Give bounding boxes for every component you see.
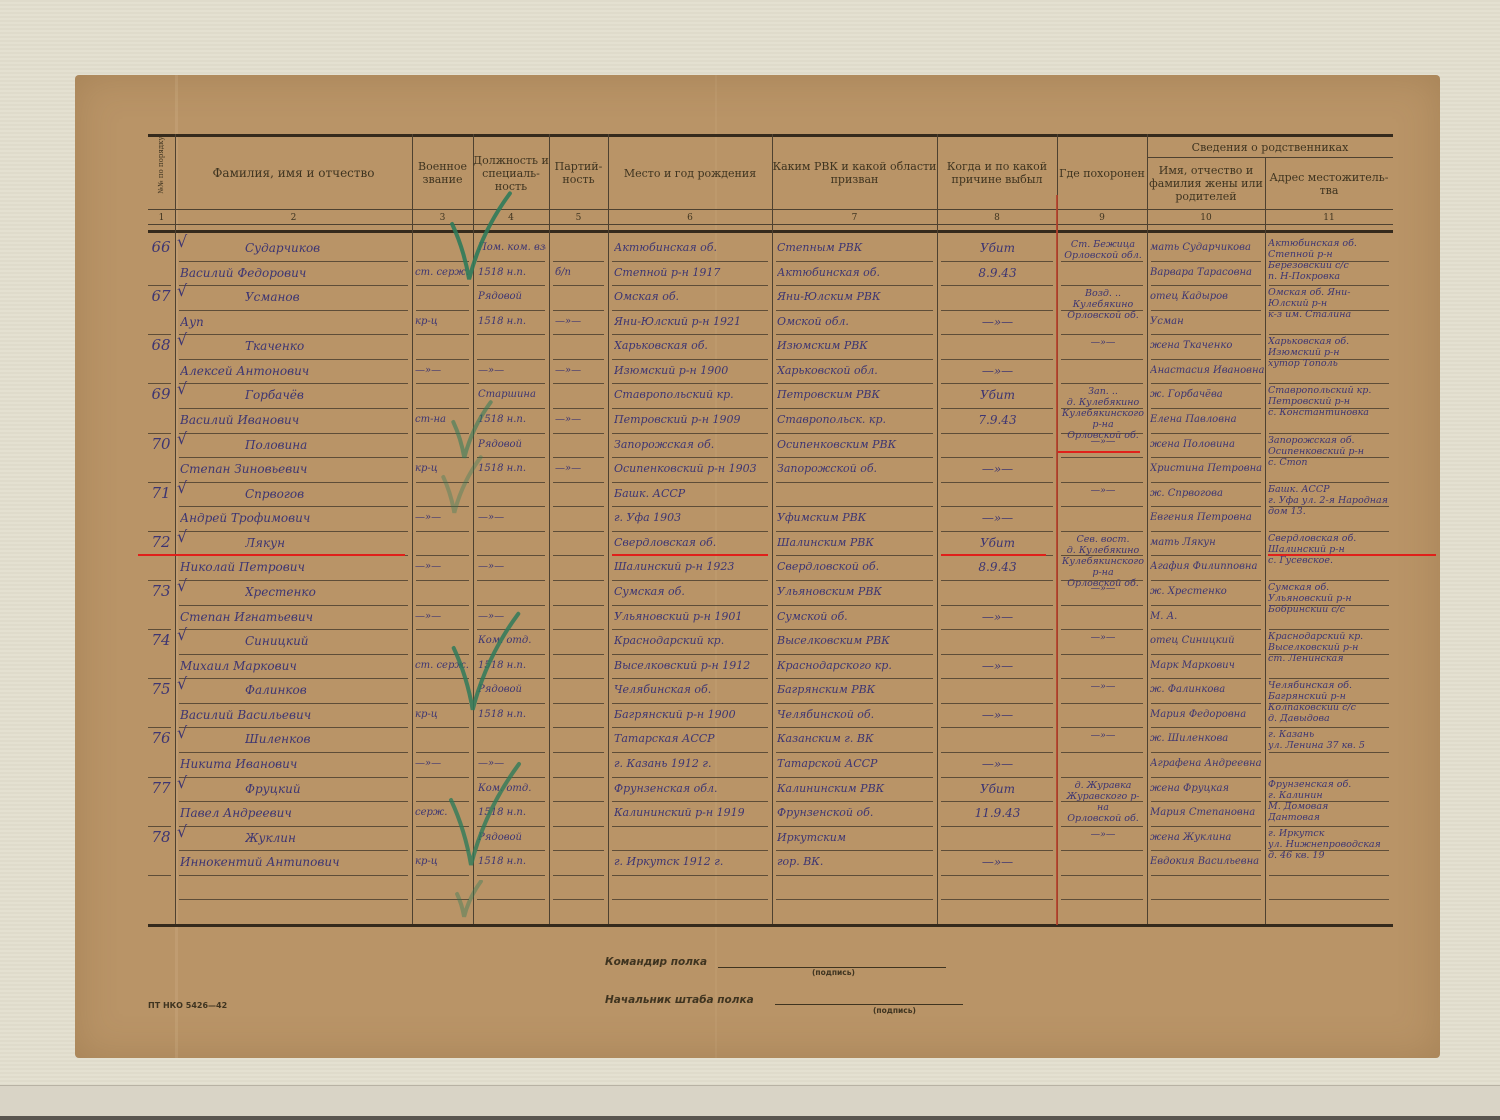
red-underline-mark bbox=[138, 554, 405, 556]
address-line: Краснодарский кр. bbox=[1268, 631, 1392, 642]
departure-reason-date: —»— bbox=[940, 852, 1055, 872]
record-number: 66 bbox=[148, 238, 174, 256]
relative-name: отец Синицкий bbox=[1150, 631, 1264, 651]
relative-address: Башк. АССРг. Уфа ул. 2-я Народная дом 13… bbox=[1268, 484, 1392, 517]
burial-place-line: —»— bbox=[1061, 632, 1145, 643]
burial-place-line: Орловской обл. bbox=[1061, 250, 1145, 261]
burial-place-line: —»— bbox=[1061, 681, 1145, 692]
burial-place-line: д. Журавка bbox=[1061, 780, 1145, 791]
column-number-11: 11 bbox=[1265, 212, 1393, 224]
given-name-patronymic: Николай Петрович bbox=[180, 557, 408, 577]
birthplace-year: Сумская об. bbox=[614, 582, 770, 602]
birthplace-year: Омская об. bbox=[614, 287, 770, 307]
departure-reason-date: —»— bbox=[940, 607, 1055, 627]
relative-address: Омская об. Яни-Юлский р-нк-з им. Сталина bbox=[1268, 287, 1392, 320]
address-line: Степной р-н bbox=[1268, 249, 1392, 260]
relative-name: ж. Фалинкова bbox=[1150, 680, 1264, 700]
relative-name: жена Фруцкая bbox=[1150, 779, 1264, 799]
draft-office: Шалинским РВК bbox=[777, 533, 935, 553]
relative-name: Агафия Филипповна bbox=[1150, 557, 1264, 577]
departure-reason-date: Убит bbox=[940, 533, 1055, 553]
record-number: 68 bbox=[148, 336, 174, 354]
green-check-icon bbox=[455, 880, 483, 919]
record-number: 67 bbox=[148, 287, 174, 305]
pencil-check-icon: √ bbox=[177, 379, 187, 398]
surname: Половина bbox=[245, 435, 405, 455]
draft-office: Яни-Юлским РВК bbox=[777, 287, 935, 307]
birthplace-year: Шалинский р-н 1923 bbox=[614, 557, 770, 577]
pencil-check-icon: √ bbox=[177, 723, 187, 742]
column-header-7: Каким РВК и какой области призван bbox=[772, 137, 937, 209]
relative-name: Христина Петровна bbox=[1150, 459, 1264, 479]
column-number-5: 5 bbox=[549, 212, 608, 224]
draft-office: Осипенковским РВК bbox=[777, 435, 935, 455]
burial-place-line: Орловской об. bbox=[1061, 310, 1145, 321]
relative-name: Аграфена Андреевна bbox=[1150, 754, 1264, 774]
birthplace-year: Калининский р-н 1919 bbox=[614, 803, 770, 823]
relative-address: Запорожская об.Осипенковский р-нс. Стоп bbox=[1268, 435, 1392, 468]
pencil-check-icon: √ bbox=[177, 674, 187, 693]
surname: Сударчиков bbox=[245, 238, 405, 258]
draft-office: Ставропольск. кр. bbox=[777, 410, 935, 430]
address-line: ст. Ленинская bbox=[1268, 653, 1392, 664]
burial-place-line: —»— bbox=[1061, 337, 1145, 348]
address-line: г. Калинин bbox=[1268, 790, 1392, 801]
relative-name: Марк Маркович bbox=[1150, 656, 1264, 676]
record-number: 71 bbox=[148, 484, 174, 502]
relative-name: жена Ткаченко bbox=[1150, 336, 1264, 356]
relative-name: Евдокия Васильевна bbox=[1150, 852, 1264, 872]
address-line: хутор Тополь bbox=[1268, 358, 1392, 369]
draft-office: гор. ВК. bbox=[777, 852, 935, 872]
burial-place-line: Сев. вост. bbox=[1061, 534, 1145, 545]
green-check-icon bbox=[450, 400, 494, 461]
draft-office: Выселковским РВК bbox=[777, 631, 935, 651]
column-header-5: Партий-ность bbox=[549, 137, 608, 209]
print-code: ПТ НКО 5426—42 bbox=[148, 1001, 227, 1010]
burial-place-line: —»— bbox=[1061, 583, 1145, 594]
relative-address: Фрунзенская об.г. КалининМ. ДомоваяДанто… bbox=[1268, 779, 1392, 823]
departure-reason-date: —»— bbox=[940, 656, 1055, 676]
birthplace-year: Петровский р-н 1909 bbox=[614, 410, 770, 430]
given-name-patronymic: Степан Зиновьевич bbox=[180, 459, 408, 479]
burial-place: —»— bbox=[1061, 829, 1145, 840]
draft-office: Ульяновским РВК bbox=[777, 582, 935, 602]
birthplace-year: Харьковская об. bbox=[614, 336, 770, 356]
party-membership: —»— bbox=[555, 410, 605, 430]
surname: Синицкий bbox=[245, 631, 405, 651]
address-line: Свердловская об. bbox=[1268, 533, 1392, 544]
green-check-icon bbox=[445, 760, 525, 870]
departure-reason-date: Убит bbox=[940, 238, 1055, 258]
green-check-icon bbox=[440, 455, 484, 516]
relative-name: жена Половина bbox=[1150, 435, 1264, 455]
column-number-6: 6 bbox=[608, 212, 772, 224]
draft-office: Свердловской об. bbox=[777, 557, 935, 577]
column-header-2: Фамилия, имя и отчество bbox=[175, 137, 412, 209]
address-line: Осипенковский р-н bbox=[1268, 446, 1392, 457]
address-line: п. Н-Покровка bbox=[1268, 271, 1392, 282]
burial-place-line: Орловской об. bbox=[1061, 813, 1145, 824]
relatives-group-header: Сведения о родственниках bbox=[1147, 137, 1393, 157]
address-line: Фрунзенская об. bbox=[1268, 779, 1392, 790]
relative-name: Евгения Петровна bbox=[1150, 508, 1264, 528]
birthplace-year: Запорожская об. bbox=[614, 435, 770, 455]
address-line: г. Казань bbox=[1268, 729, 1392, 740]
record-number: 76 bbox=[148, 729, 174, 747]
burial-place-line: —»— bbox=[1061, 730, 1145, 741]
pencil-check-icon: √ bbox=[177, 822, 187, 841]
address-line: Ульяновский р-н bbox=[1268, 593, 1392, 604]
relative-name: Елена Павловна bbox=[1150, 410, 1264, 430]
draft-office: Иркутским bbox=[777, 828, 935, 848]
relative-address: Ставропольский кр.Петровский р-нс. Конст… bbox=[1268, 385, 1392, 418]
address-line: М. Домовая bbox=[1268, 801, 1392, 812]
surname: Фалинков bbox=[245, 680, 405, 700]
departure-reason-date: 8.9.43 bbox=[940, 263, 1055, 283]
address-line: Актюбинская об. bbox=[1268, 238, 1392, 249]
given-name-patronymic: Павел Андреевич bbox=[180, 803, 408, 823]
relative-name: Мария Степановна bbox=[1150, 803, 1264, 823]
relative-name: ж. Хрестенко bbox=[1150, 582, 1264, 602]
green-check-icon bbox=[448, 610, 524, 715]
draft-office: Краснодарского кр. bbox=[777, 656, 935, 676]
departure-reason-date: Убит bbox=[940, 779, 1055, 799]
draft-office: Харьковской обл. bbox=[777, 361, 935, 381]
pencil-check-icon: √ bbox=[177, 576, 187, 595]
birthplace-year: Ульяновский р-н 1901 bbox=[614, 607, 770, 627]
burial-place: д. ЖуравкаЖуравского р-наОрловской об. bbox=[1061, 780, 1145, 824]
party-membership: —»— bbox=[555, 312, 605, 332]
birthplace-year: Багрянский р-н 1900 bbox=[614, 705, 770, 725]
record-number: 72 bbox=[148, 533, 174, 551]
burial-place-line: Журавского р-на bbox=[1061, 791, 1145, 813]
departure-reason-date: 7.9.43 bbox=[940, 410, 1055, 430]
commander-signature-caption: (подпись) bbox=[812, 968, 855, 977]
relative-address: Сумская об.Ульяновский р-нБобринский с/с bbox=[1268, 582, 1392, 615]
military-rank: —»— bbox=[415, 361, 471, 381]
surname: Горбачёв bbox=[245, 385, 405, 405]
departure-reason-date: 11.9.43 bbox=[940, 803, 1055, 823]
given-name-patronymic: Василий Иванович bbox=[180, 410, 408, 430]
birthplace-year: Краснодарский кр. bbox=[614, 631, 770, 651]
military-rank: кр-ц bbox=[415, 312, 471, 332]
relative-address: Харьковская об.Изюмский р-нхутор Тополь bbox=[1268, 336, 1392, 369]
given-name-patronymic: Ауп bbox=[180, 312, 408, 332]
chief-of-staff-label: Начальник штаба полка bbox=[605, 994, 754, 1006]
position: Рядовой bbox=[478, 287, 546, 307]
column-number-2: 2 bbox=[175, 212, 412, 224]
birthplace-year: г. Казань 1912 г. bbox=[614, 754, 770, 774]
birthplace-year: Актюбинская об. bbox=[614, 238, 770, 258]
red-underline-mark bbox=[941, 554, 1046, 556]
pencil-check-icon: √ bbox=[177, 281, 187, 300]
column-header-6: Место и год рождения bbox=[608, 137, 772, 209]
burial-place: Возд. ..КулебякиноОрловской об. bbox=[1061, 288, 1145, 321]
draft-office: Степным РВК bbox=[777, 238, 935, 258]
draft-office: Актюбинская об. bbox=[777, 263, 935, 283]
burial-place-line: —»— bbox=[1061, 829, 1145, 840]
address-line: Багрянский р-н bbox=[1268, 691, 1392, 702]
address-line: д. Давыдова bbox=[1268, 713, 1392, 724]
relative-address: г. Казаньул. Ленина 37 кв. 5 bbox=[1268, 729, 1392, 751]
pencil-check-icon: √ bbox=[177, 527, 187, 546]
table-bottom-rule bbox=[148, 924, 1393, 927]
burial-place: —»— bbox=[1061, 337, 1145, 348]
burial-place: —»— bbox=[1061, 681, 1145, 692]
burial-place: —»— bbox=[1061, 436, 1145, 447]
surname: Хрестенко bbox=[245, 582, 405, 602]
address-line: Запорожская об. bbox=[1268, 435, 1392, 446]
relative-name: Усман bbox=[1150, 312, 1264, 332]
burial-place-line: Кулебякино bbox=[1061, 299, 1145, 310]
departure-reason-date: Убит bbox=[940, 385, 1055, 405]
green-check-icon bbox=[447, 190, 515, 284]
position: 1518 н.п. bbox=[478, 459, 546, 479]
surname: Жуклин bbox=[245, 828, 405, 848]
burial-place: —»— bbox=[1061, 583, 1145, 594]
burial-place: —»— bbox=[1061, 632, 1145, 643]
column-header-10: Имя, отчество и фамилия жены или родител… bbox=[1147, 158, 1265, 209]
birthplace-year: Степной р-н 1917 bbox=[614, 263, 770, 283]
burial-place: Сев. вост.д. КулебякиноКулебякинского р-… bbox=[1061, 534, 1145, 589]
record-number: 73 bbox=[148, 582, 174, 600]
address-line: Юлский р-н bbox=[1268, 298, 1392, 309]
draft-office: Татарской АССР bbox=[777, 754, 935, 774]
military-rank: —»— bbox=[415, 557, 471, 577]
address-line: Колпаковский с/с bbox=[1268, 702, 1392, 713]
pencil-check-icon: √ bbox=[177, 330, 187, 349]
record-number: 78 bbox=[148, 828, 174, 846]
birthplace-year: Ставропольский кр. bbox=[614, 385, 770, 405]
given-name-patronymic: Иннокентий Антипович bbox=[180, 852, 408, 872]
surname: Шиленков bbox=[245, 729, 405, 749]
address-line: Петровский р-н bbox=[1268, 396, 1392, 407]
relative-name: мать Лякун bbox=[1150, 533, 1264, 553]
chief-of-staff-signature-caption: (подпись) bbox=[873, 1006, 916, 1015]
departure-reason-date: —»— bbox=[940, 459, 1055, 479]
position: 1518 н.п. bbox=[478, 312, 546, 332]
relative-name: Варвара Тарасовна bbox=[1150, 263, 1264, 283]
party-membership: б/п bbox=[555, 263, 605, 283]
relative-name: Анастасия Ивановна bbox=[1150, 361, 1264, 381]
given-name-patronymic: Степан Игнатьевич bbox=[180, 607, 408, 627]
departure-reason-date: —»— bbox=[940, 754, 1055, 774]
relative-address: Свердловская об.Шалинский р-нс. Гусевско… bbox=[1268, 533, 1392, 566]
burial-place: —»— bbox=[1061, 485, 1145, 496]
record-number: 77 bbox=[148, 779, 174, 797]
address-line: г. Уфа ул. 2-я Народная дом 13. bbox=[1268, 495, 1392, 517]
birthplace-year: г. Иркутск 1912 г. bbox=[614, 852, 770, 872]
relative-name: мать Сударчикова bbox=[1150, 238, 1264, 258]
address-line: с. Стоп bbox=[1268, 457, 1392, 468]
address-line: с. Константиновка bbox=[1268, 407, 1392, 418]
address-line: Сумская об. bbox=[1268, 582, 1392, 593]
burial-place-line: д. Кулебякино bbox=[1061, 545, 1145, 556]
column-header-1: №№ по порядку bbox=[146, 130, 176, 200]
header-bottom-rule bbox=[148, 230, 1393, 233]
column-header-9: Где похоронен bbox=[1057, 137, 1147, 209]
birthplace-year: Свердловская об. bbox=[614, 533, 770, 553]
record-number: 74 bbox=[148, 631, 174, 649]
red-underline-mark bbox=[1058, 451, 1140, 453]
burial-place-line: —»— bbox=[1061, 485, 1145, 496]
column-number-10: 10 bbox=[1147, 212, 1265, 224]
party-membership: —»— bbox=[555, 361, 605, 381]
pencil-check-icon: √ bbox=[177, 478, 187, 497]
address-line: Березовский с/с bbox=[1268, 260, 1392, 271]
pencil-check-icon: √ bbox=[177, 232, 187, 251]
address-line: с. Гусевское. bbox=[1268, 555, 1392, 566]
address-line: Изюмский р-н bbox=[1268, 347, 1392, 358]
column-number-8: 8 bbox=[937, 212, 1057, 224]
given-name-patronymic: Андрей Трофимович bbox=[180, 508, 408, 528]
burial-place-line: Возд. .. bbox=[1061, 288, 1145, 299]
relative-address: Актюбинская об.Степной р-нБерезовский с/… bbox=[1268, 238, 1392, 282]
column-number-9: 9 bbox=[1057, 212, 1147, 224]
red-underline-mark bbox=[1268, 554, 1436, 556]
draft-office: Фрунзенской об. bbox=[777, 803, 935, 823]
column-header-11: Адрес местожитель-тва bbox=[1265, 158, 1393, 209]
birthplace-year: Изюмский р-н 1900 bbox=[614, 361, 770, 381]
address-line: д. 46 кв. 19 bbox=[1268, 850, 1392, 861]
draft-office: Багрянским РВК bbox=[777, 680, 935, 700]
draft-office: Сумской об. bbox=[777, 607, 935, 627]
address-line: ул. Ленина 37 кв. 5 bbox=[1268, 740, 1392, 751]
record-number: 69 bbox=[148, 385, 174, 403]
chief-of-staff-signature-line bbox=[775, 1004, 963, 1005]
draft-office: Запорожской об. bbox=[777, 459, 935, 479]
relative-name: отец Кадыров bbox=[1150, 287, 1264, 307]
draft-office: Калининским РВК bbox=[777, 779, 935, 799]
given-name-patronymic: Василий Васильевич bbox=[180, 705, 408, 725]
surname: Спрвогов bbox=[245, 484, 405, 504]
draft-office: Уфимским РВК bbox=[777, 508, 935, 528]
surname: Лякун bbox=[245, 533, 405, 553]
birthplace-year: Челябинская об. bbox=[614, 680, 770, 700]
record-number: 70 bbox=[148, 435, 174, 453]
address-line: Башк. АССР bbox=[1268, 484, 1392, 495]
birthplace-year: г. Уфа 1903 bbox=[614, 508, 770, 528]
relative-name: ж. Горбачёва bbox=[1150, 385, 1264, 405]
column-number-7: 7 bbox=[772, 212, 937, 224]
draft-office: Челябинской об. bbox=[777, 705, 935, 725]
burial-place-line: Кулебякинского р-на bbox=[1061, 408, 1145, 430]
mount-bottom-edge bbox=[0, 1085, 1500, 1120]
departure-reason-date: —»— bbox=[940, 705, 1055, 725]
relative-name: жена Жуклина bbox=[1150, 828, 1264, 848]
burial-place-line: д. Кулебякино bbox=[1061, 397, 1145, 408]
record-number: 75 bbox=[148, 680, 174, 698]
surname: Усманов bbox=[245, 287, 405, 307]
birthplace-year: Выселковский р-н 1912 bbox=[614, 656, 770, 676]
birthplace-year: Яни-Юлский р-н 1921 bbox=[614, 312, 770, 332]
relative-address: Краснодарский кр.Выселковский р-нст. Лен… bbox=[1268, 631, 1392, 664]
address-line: г. Иркутск bbox=[1268, 828, 1392, 839]
relative-name: ж. Шиленкова bbox=[1150, 729, 1264, 749]
surname: Фруцкий bbox=[245, 779, 405, 799]
position: —»— bbox=[478, 508, 546, 528]
address-line: Дантовая bbox=[1268, 812, 1392, 823]
birthplace-year: Фрунзенская обл. bbox=[614, 779, 770, 799]
given-name-patronymic: Никита Иванович bbox=[180, 754, 408, 774]
burial-place: Ст. БежицаОрловской обл. bbox=[1061, 239, 1145, 261]
given-name-patronymic: Михаил Маркович bbox=[180, 656, 408, 676]
commander-label: Командир полка bbox=[605, 956, 707, 968]
given-name-patronymic: Василий Федорович bbox=[180, 263, 408, 283]
departure-reason-date: 8.9.43 bbox=[940, 557, 1055, 577]
address-line: Омская об. Яни- bbox=[1268, 287, 1392, 298]
birthplace-year: Татарская АССР bbox=[614, 729, 770, 749]
address-line: Бобринский с/с bbox=[1268, 604, 1392, 615]
burial-place-line: Кулебякинского р-на bbox=[1061, 556, 1145, 578]
address-line: к-з им. Сталина bbox=[1268, 309, 1392, 320]
red-pencil-vertical-mark bbox=[1056, 195, 1058, 925]
draft-office: Петровским РВК bbox=[777, 385, 935, 405]
pencil-check-icon: √ bbox=[177, 625, 187, 644]
relative-name: М. А. bbox=[1150, 607, 1264, 627]
relative-address: г. Иркутскул. Нижнепроводскаяд. 46 кв. 1… bbox=[1268, 828, 1392, 861]
departure-reason-date: —»— bbox=[940, 508, 1055, 528]
address-line: Выселковский р-н bbox=[1268, 642, 1392, 653]
column-header-8: Когда и по какой причине выбыл bbox=[937, 137, 1057, 209]
surname: Ткаченко bbox=[245, 336, 405, 356]
burial-place: —»— bbox=[1061, 730, 1145, 741]
address-line: Ставропольский кр. bbox=[1268, 385, 1392, 396]
address-line: Челябинская об. bbox=[1268, 680, 1392, 691]
red-underline-mark bbox=[612, 554, 768, 556]
burial-place: Зап. ..д. КулебякиноКулебякинского р-наО… bbox=[1061, 386, 1145, 441]
relative-name: ж. Спрвогова bbox=[1150, 484, 1264, 504]
burial-place-line: Ст. Бежица bbox=[1061, 239, 1145, 250]
departure-reason-date: —»— bbox=[940, 312, 1055, 332]
draft-office: Омской обл. bbox=[777, 312, 935, 332]
address-line: ул. Нижнепроводская bbox=[1268, 839, 1392, 850]
pencil-check-icon: √ bbox=[177, 429, 187, 448]
burial-place-line: Зап. .. bbox=[1061, 386, 1145, 397]
column-number-1: 1 bbox=[148, 212, 175, 224]
draft-office: Казанским г. ВК bbox=[777, 729, 935, 749]
position: —»— bbox=[478, 361, 546, 381]
birthplace-year: Башк. АССР bbox=[614, 484, 770, 504]
address-line: Харьковская об. bbox=[1268, 336, 1392, 347]
birthplace-year: Осипенковский р-н 1903 bbox=[614, 459, 770, 479]
pencil-check-icon: √ bbox=[177, 773, 187, 792]
draft-office: Изюмским РВК bbox=[777, 336, 935, 356]
given-name-patronymic: Алексей Антонович bbox=[180, 361, 408, 381]
burial-place-line: —»— bbox=[1061, 436, 1145, 447]
relative-name: Мария Федоровна bbox=[1150, 705, 1264, 725]
relative-address: Челябинская об.Багрянский р-нКолпаковски… bbox=[1268, 680, 1392, 724]
departure-reason-date: —»— bbox=[940, 361, 1055, 381]
party-membership: —»— bbox=[555, 459, 605, 479]
position: —»— bbox=[478, 557, 546, 577]
